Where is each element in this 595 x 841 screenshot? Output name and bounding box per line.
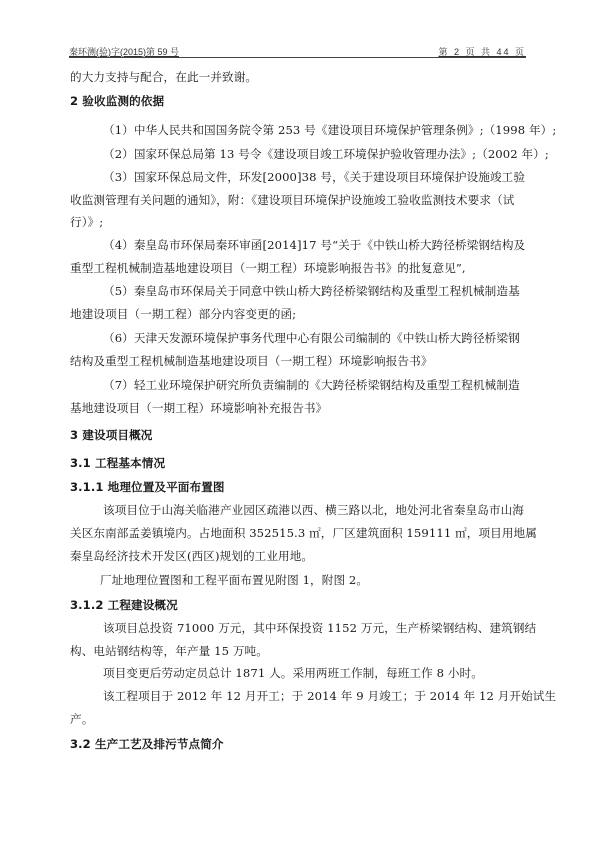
reference-item-cont: 重型工程机械制造基地建设项目（一期工程）环境影响报告书》的批复意见”, [70, 261, 528, 275]
paragraph-text: 该项目位于山海关临港产业园区疏港以西、横三路以北，地处河北省秦皇岛市山海 [103, 503, 528, 517]
reference-item: （7）轻工业环境保护研究所负责编制的《大跨径桥梁钢结构及重型工程机械制造 [103, 378, 528, 392]
paragraph-text: 关区东南部孟姜镇境内。占地面积 352515.3 ㎡，厂区建筑面积 159111… [70, 526, 528, 540]
paragraph-text: 厂址地理位置图和工程平面布置见附图 1，附图 2。 [100, 573, 558, 587]
reference-item-cont: 地建设项目（一期工程）部分内容变更的函; [70, 307, 528, 321]
document-number: 秦环测(验)字(2015)第 59 号 [69, 45, 179, 58]
paragraph-text: 项目变更后劳动定员总计 1871 人。采用两班工作制，每班工作 8 小时。 [103, 666, 528, 680]
paragraph-text: 的大力支持与配合，在此一并致谢。 [70, 70, 528, 84]
subsection-heading: 3.1 工程基本情况 [70, 456, 528, 470]
subsection-heading: 3.2 生产工艺及排污节点简介 [70, 737, 528, 751]
page-indicator: 第 2 页 共 44 页 [438, 45, 526, 58]
paragraph-text: 该工程项目于 2012 年 12 月开工；于 2014 年 9 月竣工；于 20… [103, 689, 528, 703]
paragraph-text: 秦皇岛经济技术开发区(西区)规划的工业用地。 [70, 549, 528, 563]
section-heading: 2 验收监测的依据 [70, 94, 528, 108]
reference-item-cont: 基地建设项目（一期工程）环境影响补充报告书》 [70, 401, 528, 415]
reference-item: （6）天津天发源环境保护事务代理中心有限公司编制的《中铁山桥大跨径桥梁钢 [103, 331, 528, 345]
reference-item: （3）国家环保总局文件，环发[2000]38 号，《关于建设项目环境保护设施竣工… [103, 170, 528, 184]
reference-item-cont: 收监测管理有关问题的通知》，附：《建设项目环境保护设施竣工验收监测技术要求（试 [70, 193, 528, 207]
paragraph-text: 该项目总投资 71000 万元，其中环保投资 1152 万元，生产桥梁钢结构、建… [103, 621, 528, 635]
reference-item: （5）秦皇岛市环保局关于同意中铁山桥大跨径桥梁钢结构及重型工程机械制造基 [103, 284, 528, 298]
reference-item: （1）中华人民共和国国务院令第 253 号《建设项目环境保护管理条例》;（199… [103, 123, 528, 137]
reference-item-cont: 行）》; [70, 215, 528, 229]
reference-item: （4）秦皇岛市环保局秦环审函[2014]17 号“关于《中铁山桥大跨径桥梁钢结构… [103, 238, 528, 252]
section-heading: 3 建设项目概况 [70, 428, 528, 442]
paragraph-text: 产。 [70, 712, 528, 726]
reference-item-cont: 结构及重型工程机械制造基地建设项目（一期工程）环境影响报告书》 [70, 354, 528, 368]
reference-item: （2）国家环保总局第 13 号令《建设项目竣工环境保护验收管理办法》;（2002… [103, 147, 528, 161]
paragraph-text: 构、电站钢结构等，年产量 15 万吨。 [70, 644, 528, 658]
subsection-heading: 3.1.1 地理位置及平面布置图 [70, 480, 528, 494]
page-header: 秦环测(验)字(2015)第 59 号 第 2 页 共 44 页 [69, 44, 526, 58]
subsection-heading: 3.1.2 工程建设概况 [70, 598, 528, 612]
